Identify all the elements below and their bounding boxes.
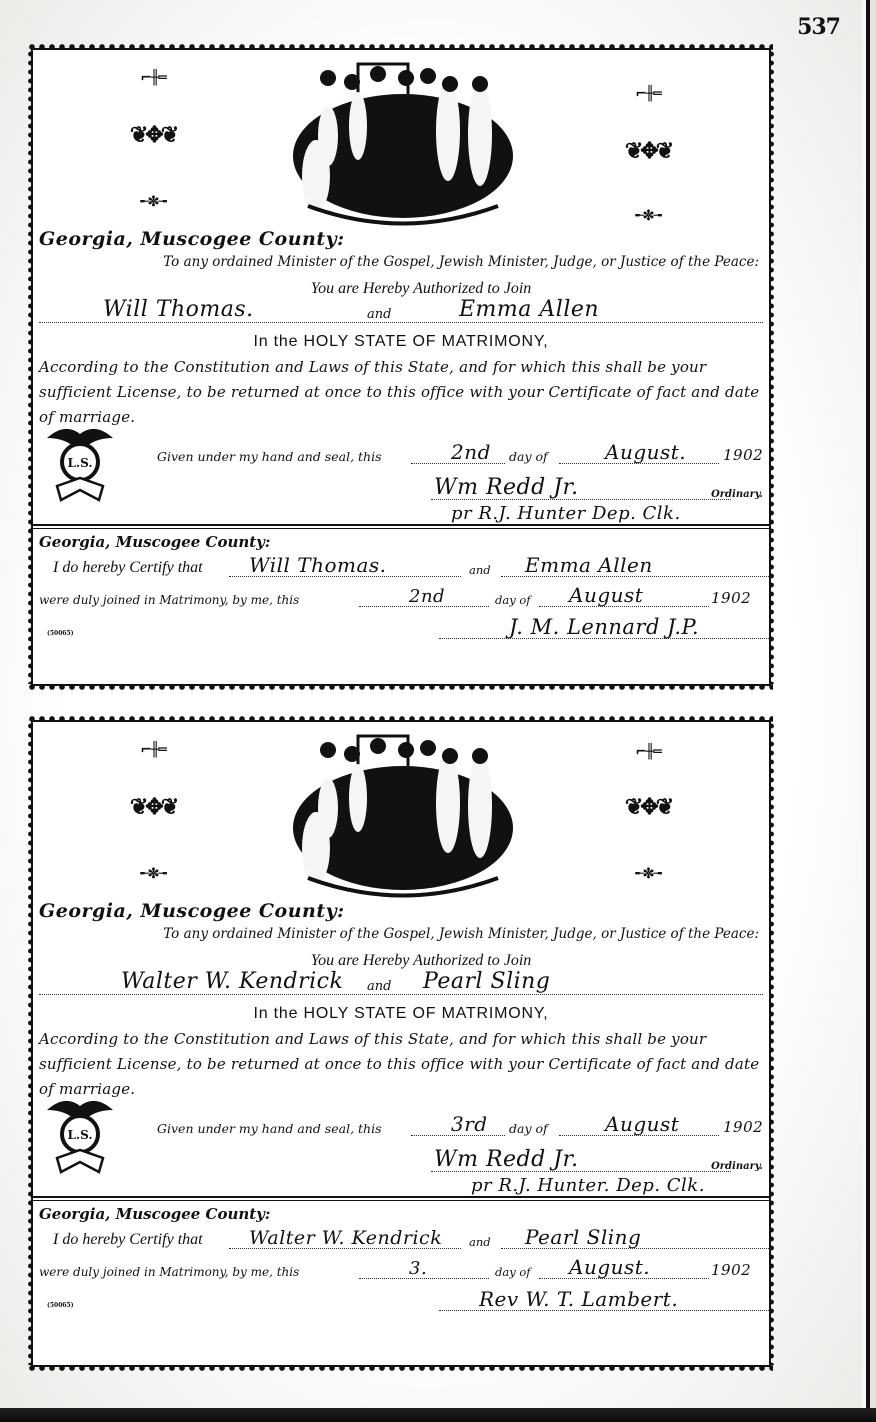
couple-names-row: Walter W. Kendrick and Pearl Sling <box>39 964 763 995</box>
certificate-day: 2nd <box>409 586 445 607</box>
certificate-bride: Pearl Sling <box>525 1225 641 1249</box>
officiant-signature: J. M. Lennard J.P. <box>509 615 699 639</box>
clerk-signature-row: pr R.J. Hunter. Dep. Clk. <box>39 1174 763 1196</box>
and-label: and <box>469 1235 491 1249</box>
certificate-state-county: Georgia, Muscogee County: <box>39 1205 769 1223</box>
license-body: According to the Constitution and Laws o… <box>39 355 763 430</box>
wedding-vignette-icon <box>288 56 518 228</box>
clerk-signature-row: pr R.J. Hunter Dep. Clk. <box>39 502 763 524</box>
and-label: and <box>367 979 391 994</box>
certificate-month: August <box>569 583 643 607</box>
officiant-row: (50065) J. M. Lennard J.P. <box>39 611 763 647</box>
certificate-month: August. <box>569 1255 650 1279</box>
officiant-row: (50065) Rev W. T. Lambert. <box>39 1283 763 1319</box>
ordinary-label: Ordinary. <box>711 1161 763 1172</box>
given-day: 2nd <box>451 440 491 464</box>
groom-name: Will Thomas. <box>103 297 254 322</box>
certify-label: I do hereby Certify that <box>53 1231 203 1249</box>
ornament-icon: ╾✼╼ <box>108 194 198 210</box>
bride-name: Pearl Sling <box>423 969 550 994</box>
ornament-icon: ⌐╫═ <box>108 70 198 86</box>
ornament-icon: ╾✼╼ <box>603 208 693 224</box>
svg-text:L.S.: L.S. <box>67 1128 92 1142</box>
svg-text:L.S.: L.S. <box>67 456 92 470</box>
clerk-signature: pr R.J. Hunter. Dep. Clk. <box>471 1175 705 1196</box>
given-row: L.S. Given under my hand and seal, this … <box>39 1102 763 1142</box>
given-month: August. <box>605 440 686 464</box>
border-right <box>769 722 774 1365</box>
certificate-state-county: Georgia, Muscogee County: <box>39 533 769 551</box>
state-county-heading: Georgia, Muscogee County: <box>39 228 769 250</box>
page-number: 537 <box>797 14 840 40</box>
ornament-icon: ⌐╫═ <box>603 86 693 102</box>
border-right <box>769 50 774 684</box>
certificate-groom: Will Thomas. <box>249 553 387 577</box>
given-year: 1902 <box>723 446 763 464</box>
certificate-day: 3. <box>409 1258 427 1279</box>
license-body: According to the Constitution and Laws o… <box>39 1027 763 1102</box>
ornament-icon: ❦✥❦ <box>603 794 693 820</box>
officiant-signature: Rev W. T. Lambert. <box>479 1287 678 1311</box>
ordinary-signature-row: Wm Redd Jr. Ordinary. <box>39 1142 763 1174</box>
holy-state-line: In the HOLY STATE OF MATRIMONY, <box>33 1005 769 1023</box>
certificate-year: 1902 <box>711 589 751 607</box>
wedding-vignette-icon <box>288 728 518 900</box>
state-county-heading: Georgia, Muscogee County: <box>39 900 769 922</box>
given-month: August <box>605 1112 679 1136</box>
form-number: (50065) <box>47 630 74 637</box>
page-bottom-shadow <box>0 1408 876 1422</box>
certificate-groom: Walter W. Kendrick <box>249 1227 442 1249</box>
ornament-icon: ╾✼╼ <box>603 866 693 882</box>
couple-names-row: Will Thomas. and Emma Allen <box>39 292 763 323</box>
day-of-label: day of <box>495 593 531 607</box>
page-edge <box>870 0 876 1422</box>
given-label: Given under my hand and seal, this <box>157 1121 382 1136</box>
ordinary-signature-row: Wm Redd Jr. Ordinary. <box>39 470 763 502</box>
form-number: (50065) <box>47 1302 74 1309</box>
bride-name: Emma Allen <box>459 297 599 322</box>
ornament-icon: ╾✼╼ <box>108 866 198 882</box>
holy-state-line: In the HOLY STATE OF MATRIMONY, <box>33 333 769 351</box>
clerk-signature: pr R.J. Hunter Dep. Clk. <box>451 503 681 524</box>
joined-row: were duly joined in Matrimony, by me, th… <box>39 1253 763 1283</box>
joined-row: were duly joined in Matrimony, by me, th… <box>39 581 763 611</box>
given-row: L.S. Given under my hand and seal, this … <box>39 430 763 470</box>
ornament-icon: ❦✥❦ <box>108 122 198 148</box>
groom-name: Walter W. Kendrick <box>121 969 343 994</box>
given-day: 3rd <box>451 1112 488 1136</box>
addressee-line: To any ordained Minister of the Gospel, … <box>33 254 759 270</box>
ordinary-signature: Wm Redd Jr. <box>434 1147 579 1172</box>
ordinary-signature: Wm Redd Jr. <box>434 475 579 500</box>
certify-row: I do hereby Certify that Walter W. Kendr… <box>39 1223 763 1253</box>
day-of-label: day of <box>509 1121 548 1136</box>
certificate-bride: Emma Allen <box>525 553 653 577</box>
marriage-license-2: ⌐╫═ ❦✥❦ ╾✼╼ ⌐╫═ ❦✥❦ ╾✼╼ Georgia, Muscoge… <box>31 720 771 1367</box>
day-of-label: day of <box>509 449 548 464</box>
certify-label: I do hereby Certify that <box>53 559 203 577</box>
addressee-line: To any ordained Minister of the Gospel, … <box>33 926 759 942</box>
and-label: and <box>367 307 391 322</box>
section-divider <box>33 1196 769 1201</box>
given-year: 1902 <box>723 1118 763 1136</box>
certificate-year: 1902 <box>711 1261 751 1279</box>
section-divider <box>33 524 769 529</box>
joined-label: were duly joined in Matrimony, by me, th… <box>39 1265 299 1279</box>
joined-label: were duly joined in Matrimony, by me, th… <box>39 593 299 607</box>
marriage-license-1: ⌐╫═ ❦✥❦ ╾✼╼ ⌐╫═ ❦✥❦ ╾✼╼ Georgia, Muscoge… <box>31 48 771 686</box>
ornament-icon: ⌐╫═ <box>108 742 198 758</box>
given-label: Given under my hand and seal, this <box>157 449 382 464</box>
and-label: and <box>469 563 491 577</box>
header-art: ⌐╫═ ❦✥❦ ╾✼╼ ⌐╫═ ❦✥❦ ╾✼╼ <box>33 50 769 228</box>
header-art: ⌐╫═ ❦✥❦ ╾✼╼ ⌐╫═ ❦✥❦ ╾✼╼ <box>33 722 769 900</box>
ornament-icon: ❦✥❦ <box>108 794 198 820</box>
day-of-label: day of <box>495 1265 531 1279</box>
ornament-icon: ⌐╫═ <box>603 744 693 760</box>
ornament-icon: ❦✥❦ <box>603 138 693 164</box>
ordinary-label: Ordinary. <box>711 489 763 500</box>
certify-row: I do hereby Certify that Will Thomas. an… <box>39 551 763 581</box>
